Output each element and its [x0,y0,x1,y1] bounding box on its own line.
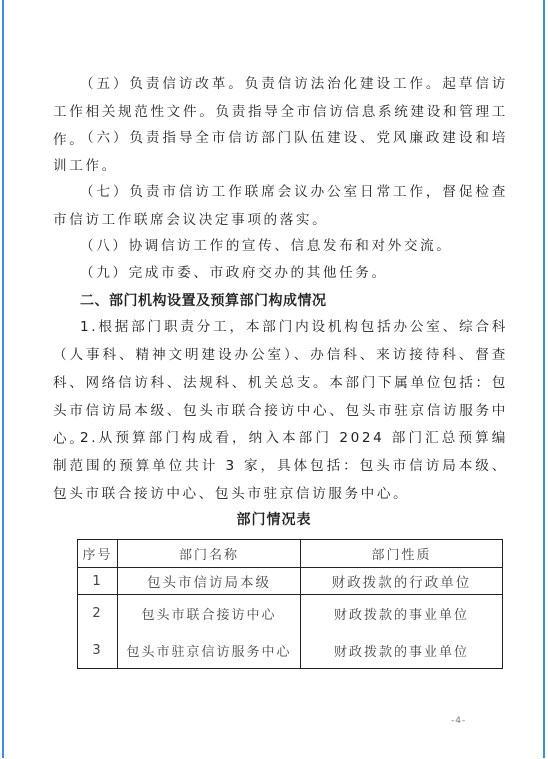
cell-index: 3 [78,632,118,669]
cell-name: 包头市驻京信访服务中心 [118,632,301,669]
paragraph-item-9: （九）完成市委、市政府交办的其他任务。 [53,259,508,287]
cell-name: 包头市联合接访中心 [118,595,301,633]
paragraph-item-8: （八）协调信访工作的宣传、信息发布和对外交流。 [53,232,508,260]
page-edge-left [2,0,4,758]
header-name: 部门名称 [118,540,301,568]
department-table: 序号 部门名称 部门性质 1 包头市信访局本级 财政拨款的行政单位 2 包头市联… [77,539,503,669]
paragraph-budget-units: 2.从预算部门构成看，纳入本部门 2024 部门汇总预算编制范围的预算单位共计 … [53,424,508,508]
cell-index: 1 [78,568,118,595]
section-heading: 二、部门机构设置及预算部门构成情况 [80,287,327,315]
cell-type: 财政拨款的事业单位 [301,632,503,669]
paragraph-item-6: （六）负责指导全市信访部门队伍建设、党风廉政建设和培训工作。 [53,124,508,180]
table-title: 部门情况表 [0,509,548,531]
cell-index: 2 [78,595,118,633]
cell-type: 财政拨款的行政单位 [301,568,503,595]
table-header-row: 序号 部门名称 部门性质 [78,540,503,568]
cell-type: 财政拨款的事业单位 [301,595,503,633]
table-row: 3 包头市驻京信访服务中心 财政拨款的事业单位 [78,632,503,669]
table-row: 2 包头市联合接访中心 财政拨款的事业单位 [78,595,503,633]
page-edge-right [543,0,545,758]
cell-name: 包头市信访局本级 [118,568,301,595]
header-index: 序号 [78,540,118,568]
paragraph-item-7: （七）负责市信访工作联席会议办公室日常工作，督促检查市信访工作联席会议决定事项的… [53,178,508,234]
page-number: -4- [451,716,466,726]
header-type: 部门性质 [301,540,503,568]
table-row: 1 包头市信访局本级 财政拨款的行政单位 [78,568,503,595]
